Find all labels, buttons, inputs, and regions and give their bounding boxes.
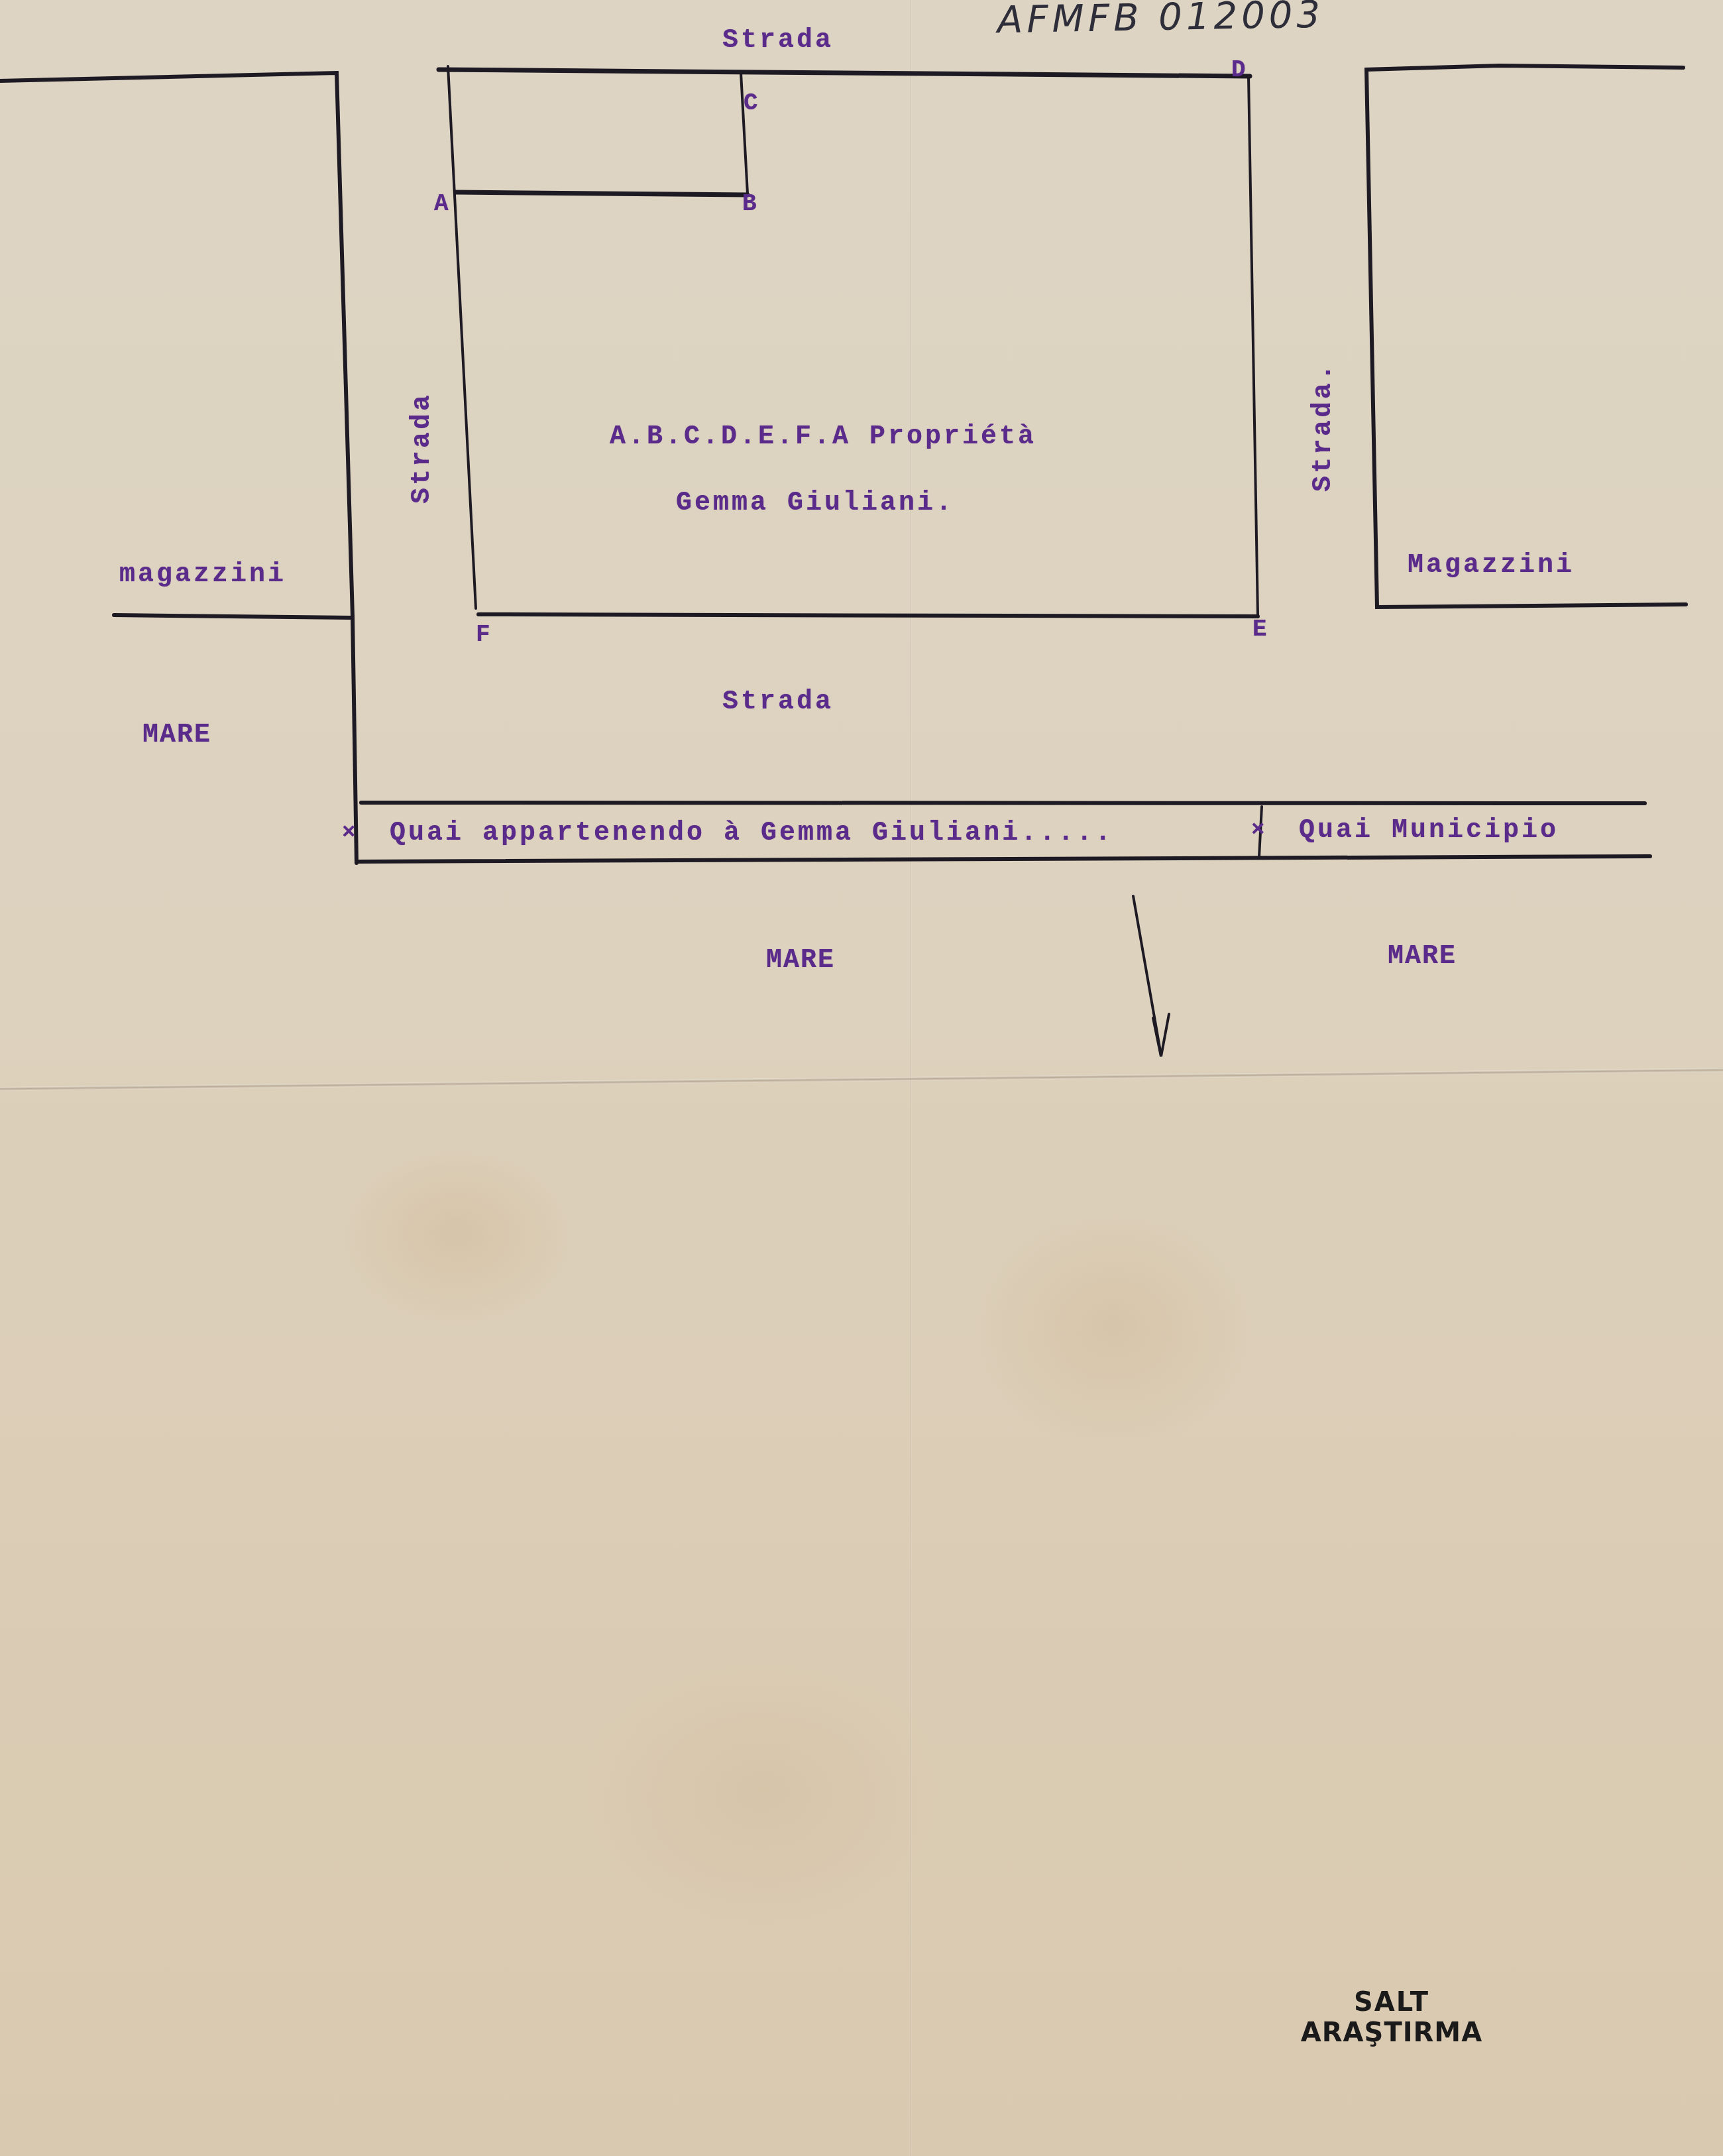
street-label-right: Strada. [1311,362,1337,492]
property-bottom-edge [478,614,1258,616]
property-description-line1: A.B.C.D.E.F.A Propriétà [610,424,1036,451]
left-warehouse-bottom [114,615,353,618]
corner-label-d: D [1231,58,1246,82]
quay-label-private: Quai appartenendo à Gemma Giuliani..... [390,821,1113,847]
salt-arastirma-stamp: SALT ARAŞTIRMA [1286,1987,1498,2048]
quay-marker-left: × [342,822,358,844]
corner-label-e: E [1252,618,1267,642]
left-block-outline [0,73,353,616]
corner-label-b: B [742,192,757,216]
property-right-edge [1249,76,1258,615]
map-line-drawing [0,0,1723,2156]
warehouse-label-left: magazzini [119,562,286,589]
parcel-edge-ab [456,192,748,195]
quay-top-edge [361,803,1645,803]
right-block-outline [1366,66,1686,607]
property-description-line2: Gemma Giuliani. [676,490,954,517]
quay-bottom-edge [357,856,1650,862]
archive-reference: AFMFB 012003 [997,0,1324,42]
stamp-line2: ARAŞTIRMA [1286,2017,1498,2048]
sea-label-right: MARE [1388,944,1457,970]
sea-label-center: MARE [766,948,835,974]
sea-label-left: MARE [142,722,211,749]
property-top-edge [439,70,1250,76]
street-label-bottom: Strada [722,689,834,716]
street-label-top: Strada [722,28,834,54]
corner-label-c: C [744,91,758,115]
property-left-edge [448,66,476,608]
quay-marker-right: × [1251,819,1267,842]
stamp-line1: SALT [1286,1987,1498,2017]
corner-label-f: F [476,623,490,647]
street-label-left: Strada [410,392,436,504]
quay-label-municipal: Quai Municipio [1299,818,1559,844]
warehouse-label-right: Magazzini [1408,553,1575,579]
corner-label-a: A [434,192,449,216]
